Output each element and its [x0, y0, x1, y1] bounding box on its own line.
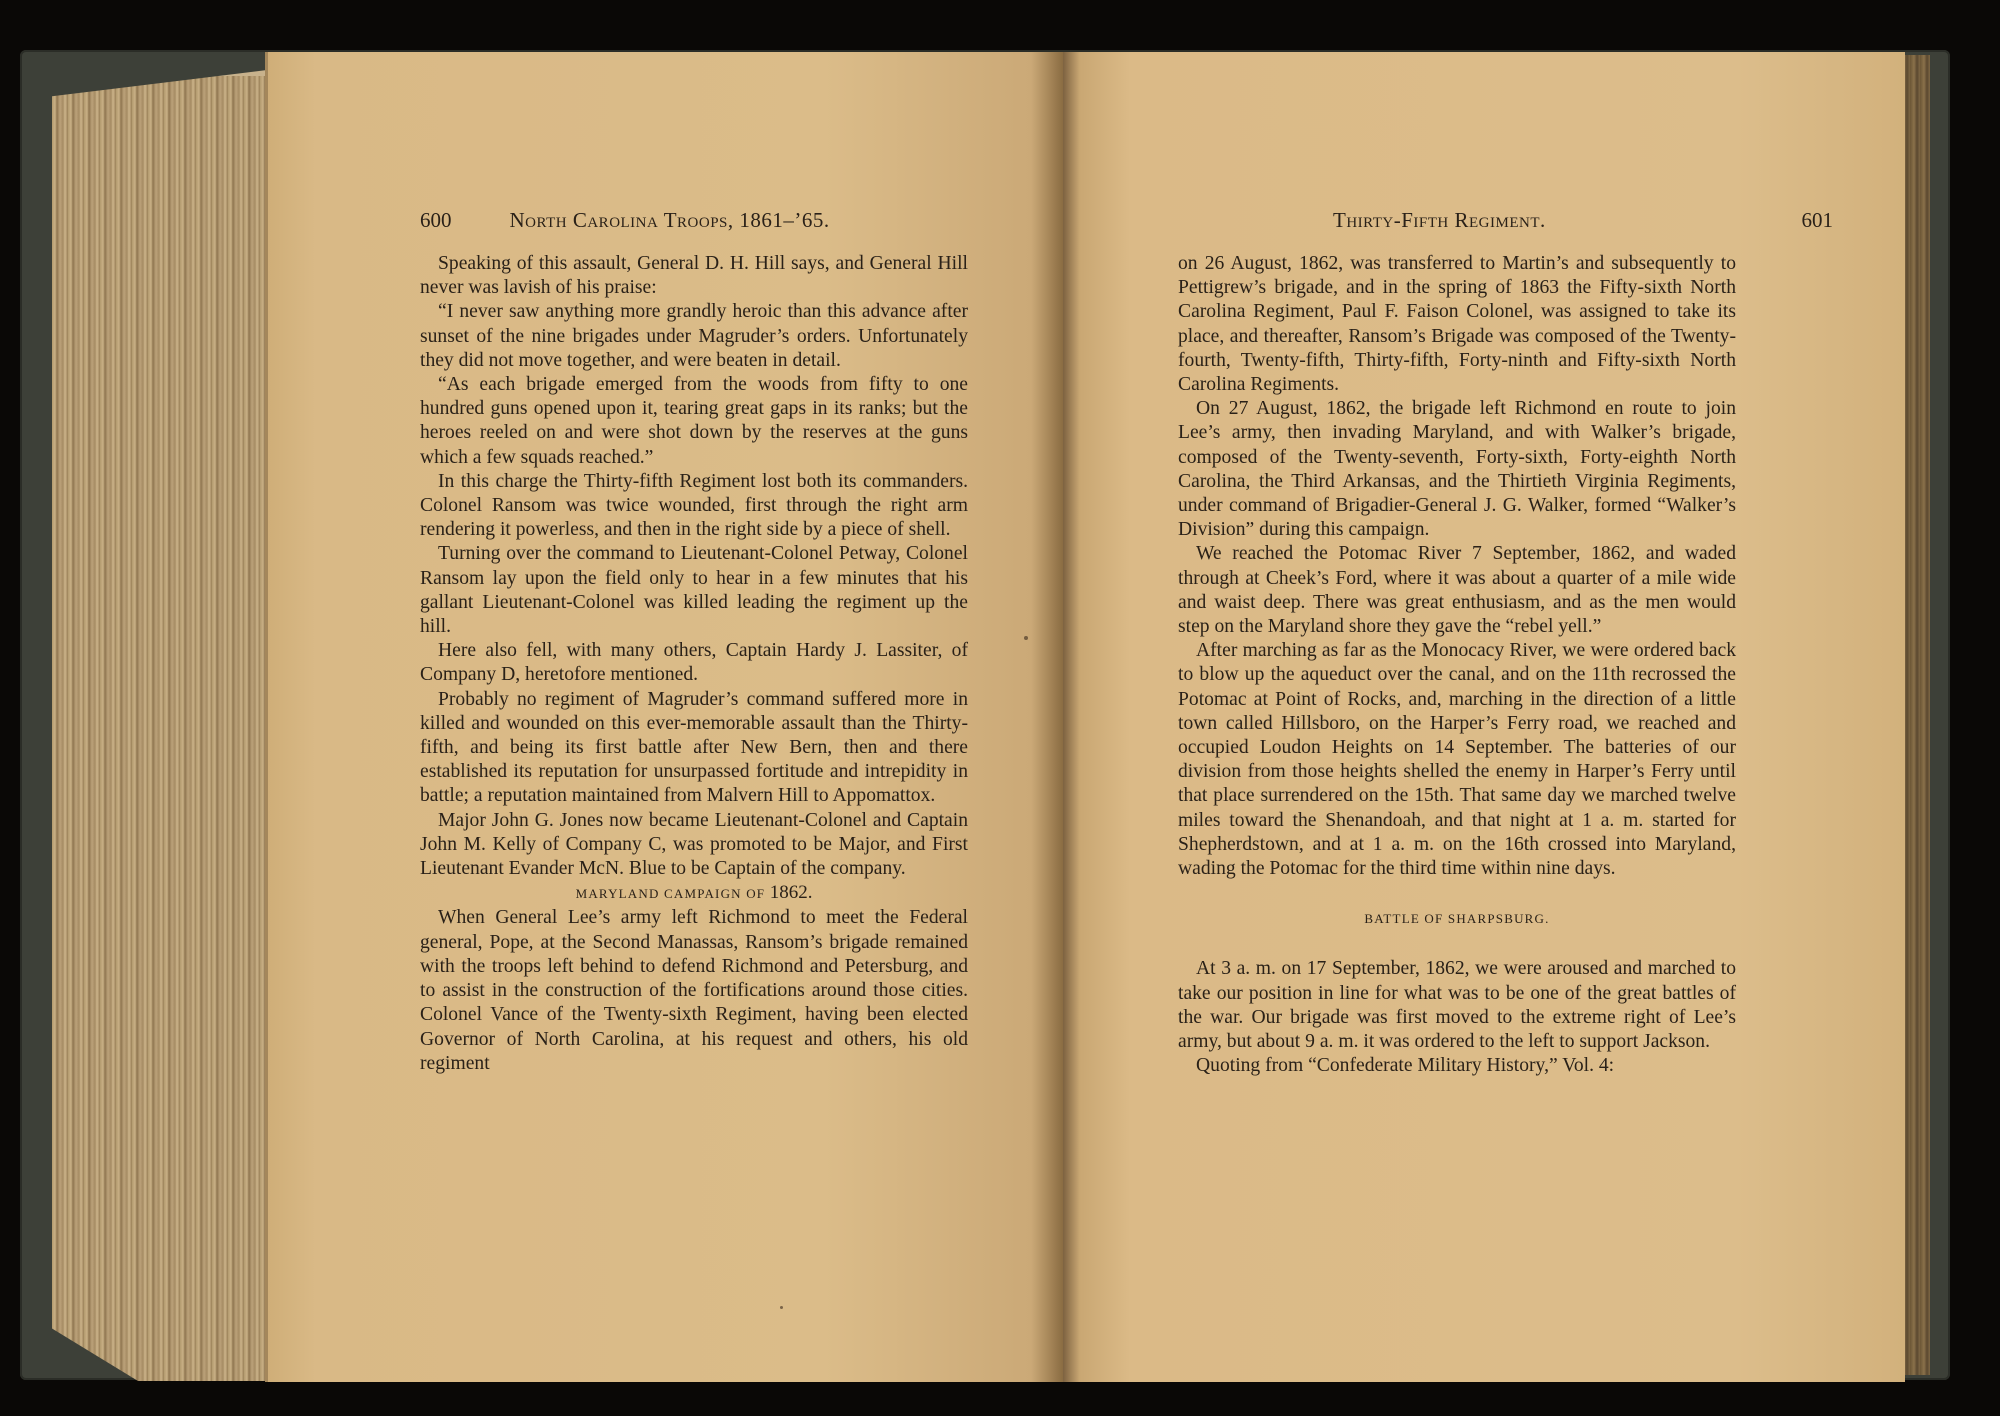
- paragraph: Major John G. Jones now became Lieutenan…: [420, 809, 968, 882]
- left-page: 600 North Carolina Troops, 1861–’65. Spe…: [268, 52, 1063, 1382]
- paragraph: After marching as far as the Monocacy Ri…: [1178, 639, 1736, 881]
- paragraph: “I never saw anything more grandly heroi…: [420, 300, 968, 373]
- paragraph: Turning over the command to Lieutenant-C…: [420, 542, 968, 639]
- paragraph: On 27 August, 1862, the brigade left Ric…: [1178, 397, 1736, 542]
- running-head-right: Thirty-Fifth Regiment. 601: [1333, 208, 1833, 233]
- page-number: 601: [1802, 208, 1834, 233]
- body-text-left: Speaking of this assault, General D. H. …: [420, 252, 968, 1076]
- page-stack-left: [52, 70, 267, 1381]
- paragraph: Probably no regiment of Magruder’s comma…: [420, 688, 968, 809]
- section-heading-text: Maryland campaign of: [576, 886, 766, 901]
- paragraph: Quoting from “Confederate Military Histo…: [1178, 1054, 1736, 1078]
- running-head-title: North Carolina Troops, 1861–’65.: [510, 208, 830, 233]
- section-heading: Battle of Sharpsburg.: [1178, 907, 1736, 931]
- paragraph: At 3 a. m. on 17 September, 1862, we wer…: [1178, 957, 1736, 1054]
- paragraph: “As each brigade emerged from the woods …: [420, 373, 968, 470]
- section-heading: Maryland campaign of 1862.: [420, 881, 968, 906]
- paragraph: When General Lee’s army left Richmond to…: [420, 906, 968, 1075]
- right-page: Thirty-Fifth Regiment. 601 on 26 August,…: [1063, 52, 1905, 1382]
- body-text-right: on 26 August, 1862, was transferred to M…: [1178, 252, 1736, 1079]
- paragraph: Here also fell, with many others, Captai…: [420, 639, 968, 687]
- paragraph: Speaking of this assault, General D. H. …: [420, 252, 968, 300]
- paper-speck: [1024, 636, 1028, 640]
- paper-speck: [780, 1306, 783, 1309]
- paragraph: In this charge the Thirty-fifth Regiment…: [420, 470, 968, 543]
- paragraph: on 26 August, 1862, was transferred to M…: [1178, 252, 1736, 397]
- section-heading-year: 1862.: [770, 882, 813, 903]
- page-number: 600: [420, 208, 452, 233]
- paragraph: We reached the Potomac River 7 September…: [1178, 542, 1736, 639]
- running-head-title: Thirty-Fifth Regiment.: [1333, 208, 1546, 233]
